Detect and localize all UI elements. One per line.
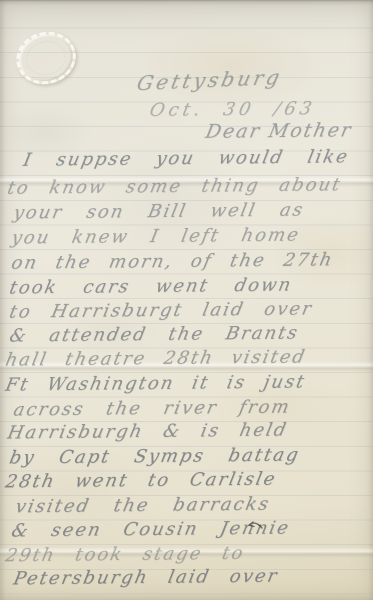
letter-scan: Gettysburg Oct. 30 /63 Dear Mother I sup… bbox=[0, 0, 373, 600]
scan-edge-vignette bbox=[0, 0, 373, 600]
